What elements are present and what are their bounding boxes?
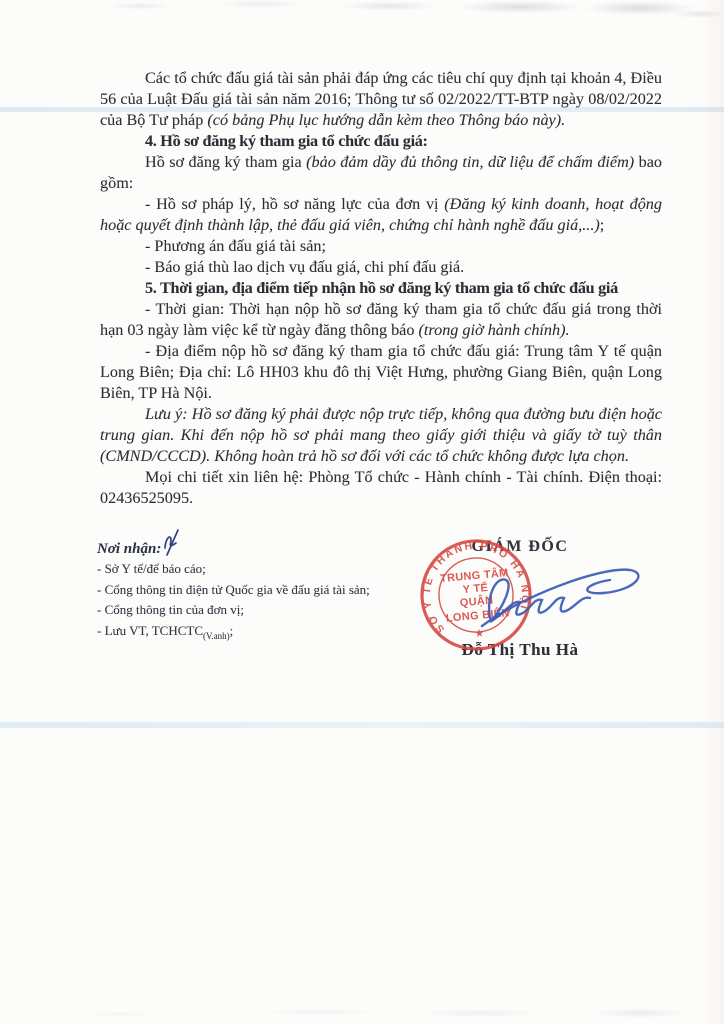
text-run: - Lưu VT, TCHCTC	[97, 623, 203, 638]
document-body: Các tổ chức đấu giá tài sản phải đáp ứng…	[100, 68, 662, 509]
text-run: Mọi chi tiết xin liên hệ: Phòng Tổ chức …	[100, 468, 662, 507]
recipients-list: - Sở Y tế/để báo cáo;- Cổng thông tin đi…	[97, 559, 397, 646]
text-run: ;	[230, 623, 234, 638]
paragraph: Lưu ý: Hồ sơ đăng ký phải được nộp trực …	[100, 404, 662, 467]
recipient-item: - Cổng thông tin của đơn vị;	[97, 600, 397, 621]
text-run: - Sở Y tế/để báo cáo;	[97, 561, 206, 576]
paragraph: Mọi chi tiết xin liên hệ: Phòng Tổ chức …	[100, 467, 662, 509]
paragraph: Hồ sơ đăng ký tham gia (bảo đảm dầy đủ t…	[100, 152, 662, 194]
text-run: - Địa điểm nộp hồ sơ đăng ký tham gia tổ…	[100, 342, 662, 402]
section-heading: 4. Hồ sơ đăng ký tham gia tổ chức đấu gi…	[100, 131, 662, 152]
paragraph: - Địa điểm nộp hồ sơ đăng ký tham gia tổ…	[100, 341, 662, 404]
paragraph: - Hồ sơ pháp lý, hồ sơ năng lực của đơn …	[100, 194, 662, 236]
text-run: - Hồ sơ pháp lý, hồ sơ năng lực của đơn …	[145, 195, 444, 213]
paragraph: - Báo giá thù lao dịch vụ đấu giá, chi p…	[100, 257, 662, 278]
handwritten-check-mark	[160, 528, 182, 558]
paragraph: - Thời gian: Thời hạn nộp hồ sơ đăng ký …	[100, 299, 662, 341]
recipients-heading: Nơi nhận:	[97, 540, 397, 559]
text-run: 5. Thời gian, địa điểm tiếp nhận hồ sơ đ…	[145, 279, 618, 297]
scan-noise-bottom	[0, 1004, 724, 1018]
text-run: - Cổng thông tin điện tử Quốc gia về đấu…	[97, 582, 370, 597]
recipient-item: - Lưu VT, TCHCTC(V.anh);	[97, 621, 397, 647]
scan-noise-top	[0, 0, 724, 18]
text-run: - Thời gian: Thời hạn nộp hồ sơ đăng ký …	[100, 300, 662, 339]
text-run: Lưu ý: Hồ sơ đăng ký phải được nộp trực …	[100, 405, 662, 465]
paragraph: Các tổ chức đấu giá tài sản phải đáp ứng…	[100, 68, 662, 131]
recipient-item: - Cổng thông tin điện tử Quốc gia về đấu…	[97, 580, 397, 601]
signature-ink	[432, 548, 657, 643]
text-run: 4. Hồ sơ đăng ký tham gia tổ chức đấu gi…	[145, 132, 428, 150]
text-run: ;	[600, 216, 605, 234]
text-run: (bảo đảm dầy đủ thông tin, dữ liệu để ch…	[306, 153, 634, 171]
text-run: (có bảng Phụ lục hướng dẫn kèm theo Thôn…	[207, 111, 565, 129]
scan-edge-tint	[700, 0, 724, 1024]
section-heading: 5. Thời gian, địa điểm tiếp nhận hồ sơ đ…	[100, 278, 662, 299]
text-run: - Cổng thông tin của đơn vị;	[97, 602, 244, 617]
signature-stroke	[489, 579, 590, 622]
scanned-document-page: Các tổ chức đấu giá tài sản phải đáp ứng…	[0, 0, 724, 1024]
paragraph: - Phương án đấu giá tài sản;	[100, 236, 662, 257]
recipient-item: - Sở Y tế/để báo cáo;	[97, 559, 397, 580]
recipients-block: Nơi nhận: - Sở Y tế/để báo cáo;- Cổng th…	[97, 540, 397, 646]
text-run: (trong giờ hành chính).	[419, 321, 570, 339]
text-run: (V.anh)	[203, 631, 230, 641]
text-run: Hồ sơ đăng ký tham gia	[145, 153, 306, 171]
text-run: - Báo giá thù lao dịch vụ đấu giá, chi p…	[145, 258, 464, 276]
scan-artifact-band	[0, 722, 724, 728]
text-run: - Phương án đấu giá tài sản;	[145, 237, 326, 255]
